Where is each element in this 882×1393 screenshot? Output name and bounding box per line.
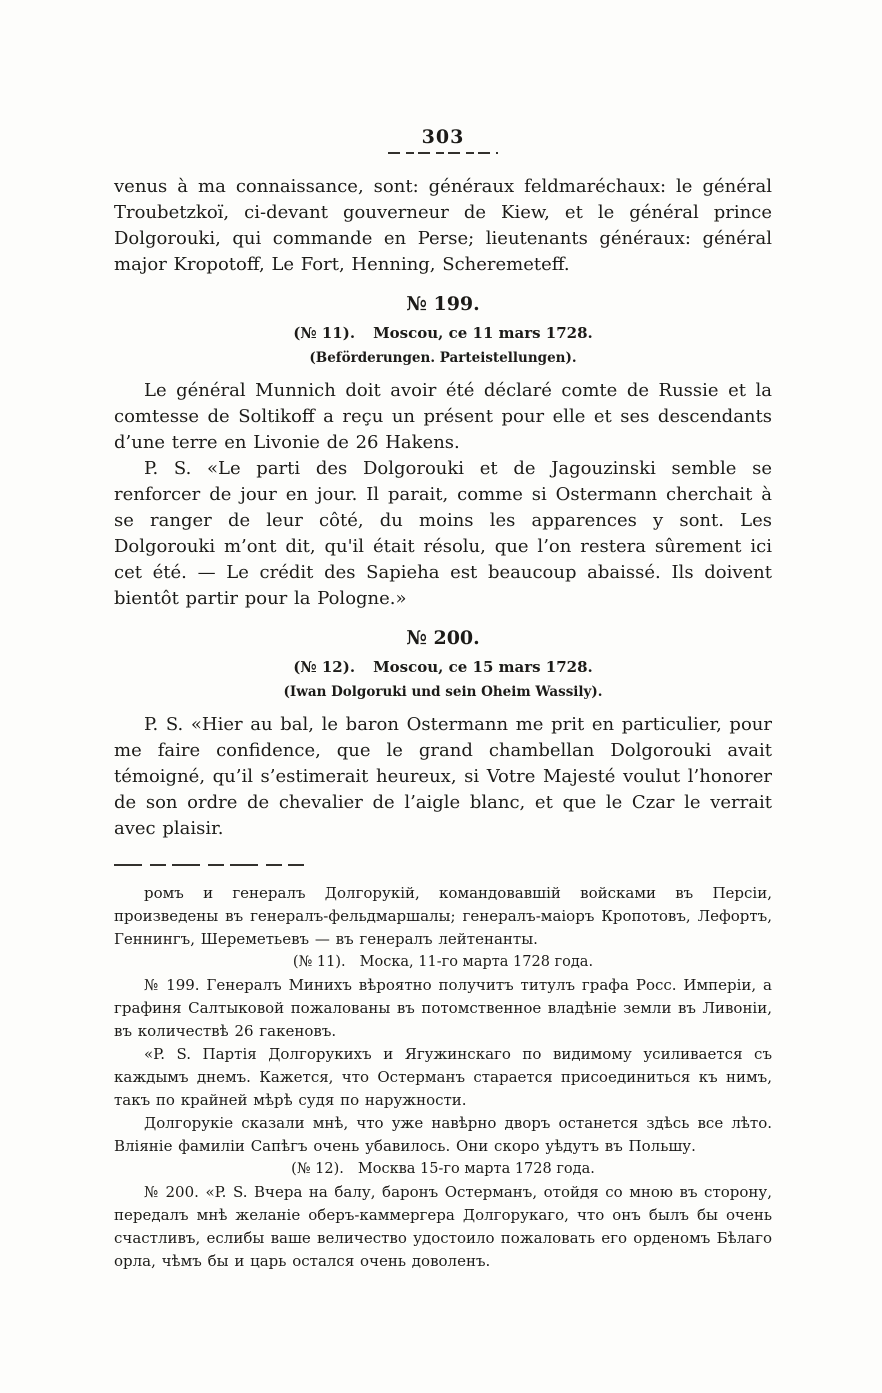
footnote-199-paragraph-2: «P. S. Партія Долгорукихъ и Ягужинскаго … — [114, 1043, 772, 1112]
entry-200-paragraph-1: P. S. «Hier au bal, le baron Ostermann m… — [114, 712, 772, 842]
page-header: 303 — [114, 126, 772, 154]
footnote-dateline-11-no: (№ 11). — [293, 954, 346, 970]
footnote-dateline-12-place: Москва 15-го марта 1728 года. — [358, 1161, 595, 1177]
entry-199-subtitle: (Beförderungen. Parteistellungen). — [114, 349, 772, 368]
entry-199-number: № 199. — [114, 292, 772, 316]
entry-199-dateline-place: Moscou, ce 11 mars 1728. — [373, 324, 593, 342]
entry-200: № 200. (№ 12).Moscou, ce 15 mars 1728. (… — [114, 626, 772, 842]
entry-199-paragraph-1: Le général Munnich doit avoir été déclar… — [114, 378, 772, 456]
footnote-dateline-12: (№ 12).Москва 15-го марта 1728 года. — [114, 1158, 772, 1181]
entry-200-subtitle: (Iwan Dolgoruki und sein Oheim Wassily). — [114, 683, 772, 702]
footnote-continuation: ромъ и генералъ Долгорукій, командовавші… — [114, 882, 772, 951]
footnote-199-paragraph-3: Долгорукіе сказали мнѣ, что уже навѣрно … — [114, 1112, 772, 1158]
footnote-dateline-12-no: (№ 12). — [291, 1161, 344, 1177]
intro-paragraph: venus à ma connaissance, sont: généraux … — [114, 174, 772, 278]
entry-200-number: № 200. — [114, 626, 772, 650]
entry-200-dateline-place: Moscou, ce 15 mars 1728. — [373, 658, 593, 676]
entry-199-paragraph-2: P. S. «Le parti des Dolgorouki et de Jag… — [114, 456, 772, 612]
page-number: 303 — [114, 126, 772, 148]
entry-199-dateline-no: (№ 11). — [293, 324, 355, 342]
footnote-dateline-11: (№ 11).Моска, 11-го марта 1728 года. — [114, 951, 772, 974]
entry-200-dateline-no: (№ 12). — [293, 658, 355, 676]
footnotes-section: ромъ и генералъ Долгорукій, командовавші… — [114, 882, 772, 1273]
page-content: 303 venus à ma connaissance, sont: génér… — [0, 0, 882, 1273]
scanned-book-page: 303 venus à ma connaissance, sont: génér… — [0, 0, 882, 1393]
entry-199: № 199. (№ 11).Moscou, ce 11 mars 1728. (… — [114, 292, 772, 612]
footnote-dateline-11-place: Моска, 11-го марта 1728 года. — [360, 954, 593, 970]
entry-199-dateline: (№ 11).Moscou, ce 11 mars 1728. — [114, 323, 772, 344]
footnote-199-paragraph-1: № 199. Генералъ Минихъ вѣроятно получитъ… — [114, 974, 772, 1043]
footnote-200-paragraph: № 200. «P. S. Вчера на балу, баронъ Осте… — [114, 1181, 772, 1273]
footnote-separator-rule — [114, 864, 304, 866]
header-rule — [388, 152, 498, 154]
entry-200-dateline: (№ 12).Moscou, ce 15 mars 1728. — [114, 657, 772, 678]
